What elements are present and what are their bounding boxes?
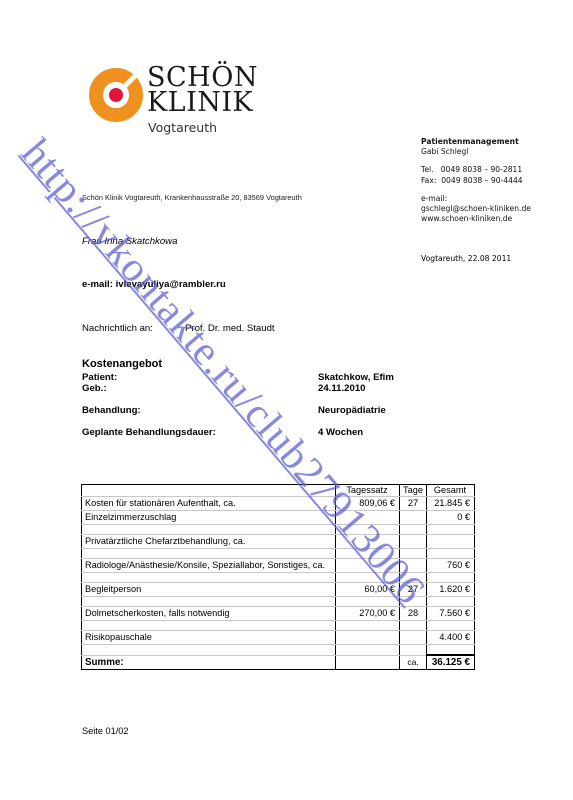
contact-block: Patientenmanagement Gabi Schlegl Tel. 00… xyxy=(421,137,531,224)
row-days: 27 xyxy=(400,583,427,597)
contact-tel: Tel. 0049 8038 – 90-2811 xyxy=(421,165,531,175)
table-spacer-row xyxy=(82,573,475,583)
table-row: Privatärztliche Chefarztbehandlung, ca. xyxy=(82,535,475,549)
row-days xyxy=(400,535,427,549)
row-description: Risikopauschale xyxy=(82,631,336,645)
row-days xyxy=(400,631,427,645)
row-description: Einzelzimmerzuschlag xyxy=(82,511,336,525)
row-days xyxy=(400,511,427,525)
page-number: Seite 01/02 xyxy=(82,726,129,736)
row-daily-rate: 270,00 € xyxy=(336,607,400,621)
row-total: 760 € xyxy=(427,559,475,573)
cc-value: Prof. Dr. med. Staudt xyxy=(185,323,275,334)
row-daily-rate xyxy=(336,597,400,607)
offer-title: Kostenangebot xyxy=(82,358,162,370)
row-daily-rate xyxy=(336,535,400,549)
table-spacer-row xyxy=(82,597,475,607)
treatment-label: Behandlung: xyxy=(82,405,141,416)
row-days xyxy=(400,621,427,631)
recipient-name: Frau Irina Skatchkowa xyxy=(82,236,177,247)
row-days: 28 xyxy=(400,607,427,621)
sender-address: Schön Klinik Vogtareuth, Krankenhausstra… xyxy=(82,193,302,202)
row-description xyxy=(82,549,336,559)
row-total: 7.560 € xyxy=(427,607,475,621)
row-daily-rate xyxy=(336,573,400,583)
recipient-email: e-mail: ivlevayuliya@rambler.ru xyxy=(82,279,226,290)
table-sum-row: Summe:ca.36.125 € xyxy=(82,655,475,670)
table-row: Risikopauschale4.400 € xyxy=(82,631,475,645)
birthdate-value: 24.11.2010 xyxy=(318,383,366,394)
row-days xyxy=(400,645,427,656)
header-description xyxy=(82,485,336,497)
row-total xyxy=(427,549,475,559)
row-total: 0 € xyxy=(427,511,475,525)
row-total: 1.620 € xyxy=(427,583,475,597)
row-description: Radiologe/Anästhesie/Konsile, Speziallab… xyxy=(82,559,336,573)
patient-value: Skatchkow, Efim xyxy=(318,372,394,383)
row-total xyxy=(427,573,475,583)
sum-label: Summe: xyxy=(82,655,336,670)
row-total: 4.400 € xyxy=(427,631,475,645)
table-row: Dolmetscherkosten, falls notwendig270,00… xyxy=(82,607,475,621)
row-description xyxy=(82,645,336,656)
contact-department: Patientenmanagement xyxy=(421,137,531,147)
patient-label: Patient: xyxy=(82,372,117,383)
row-days xyxy=(400,549,427,559)
table-spacer-row xyxy=(82,525,475,535)
row-total xyxy=(427,621,475,631)
cost-table: Tagessatz Tage Gesamt Kosten für station… xyxy=(81,484,475,670)
row-description: Kosten für stationären Aufenthalt, ca. xyxy=(82,497,336,511)
header-total: Gesamt xyxy=(427,485,475,497)
contact-fax: Fax: 0049 8038 – 90-4444 xyxy=(421,176,531,186)
row-days: 27 xyxy=(400,497,427,511)
row-daily-rate: 60,00 € xyxy=(336,583,400,597)
duration-label: Geplante Behandlungsdauer: xyxy=(82,427,216,438)
table-row: Kosten für stationären Aufenthalt, ca.80… xyxy=(82,497,475,511)
table-row: Radiologe/Anästhesie/Konsile, Speziallab… xyxy=(82,559,475,573)
clinic-logo-icon xyxy=(89,68,143,122)
row-description: Begleitperson xyxy=(82,583,336,597)
cc-label: Nachrichtlich an: xyxy=(82,323,153,334)
row-daily-rate xyxy=(336,511,400,525)
table-spacer-row xyxy=(82,645,475,656)
header-daily-rate: Tagessatz xyxy=(336,485,400,497)
duration-value: 4 Wochen xyxy=(318,427,363,438)
row-total xyxy=(427,525,475,535)
logo-line-2: KLINIK xyxy=(147,90,258,115)
row-daily-rate xyxy=(336,559,400,573)
row-description xyxy=(82,573,336,583)
row-days xyxy=(400,559,427,573)
row-total xyxy=(427,535,475,549)
sum-daily-rate xyxy=(336,655,400,670)
sum-total: 36.125 € xyxy=(427,655,475,670)
row-description xyxy=(82,621,336,631)
row-daily-rate: 809,06 € xyxy=(336,497,400,511)
row-daily-rate xyxy=(336,549,400,559)
letter-date: Vogtareuth, 22.08 2011 xyxy=(421,254,511,263)
row-days xyxy=(400,573,427,583)
table-spacer-row xyxy=(82,549,475,559)
row-total xyxy=(427,645,475,656)
contact-name: Gabi Schlegl xyxy=(421,147,531,157)
clinic-logo-text: SCHÖN KLINIK xyxy=(147,65,258,115)
header-days: Tage xyxy=(400,485,427,497)
table-spacer-row xyxy=(82,621,475,631)
row-total: 21.845 € xyxy=(427,497,475,511)
contact-website[interactable]: www.schoen-kliniken.de xyxy=(421,214,531,224)
row-total xyxy=(427,597,475,607)
birthdate-label: Geb.: xyxy=(82,383,107,394)
row-description: Dolmetscherkosten, falls notwendig xyxy=(82,607,336,621)
row-daily-rate xyxy=(336,621,400,631)
row-daily-rate xyxy=(336,631,400,645)
table-row: Begleitperson60,00 €271.620 € xyxy=(82,583,475,597)
treatment-value: Neuropädiatrie xyxy=(318,405,386,416)
table-header-row: Tagessatz Tage Gesamt xyxy=(82,485,475,497)
logo-location: Vogtareuth xyxy=(148,120,217,135)
row-days xyxy=(400,597,427,607)
table-row: Einzelzimmerzuschlag0 € xyxy=(82,511,475,525)
contact-email[interactable]: gschlegl@schoen-kliniken.de xyxy=(421,204,531,214)
row-days xyxy=(400,525,427,535)
row-daily-rate xyxy=(336,525,400,535)
row-daily-rate xyxy=(336,645,400,656)
row-description xyxy=(82,597,336,607)
contact-email-label: e-mail: xyxy=(421,194,531,204)
row-description xyxy=(82,525,336,535)
row-description: Privatärztliche Chefarztbehandlung, ca. xyxy=(82,535,336,549)
sum-approx: ca. xyxy=(400,655,427,670)
